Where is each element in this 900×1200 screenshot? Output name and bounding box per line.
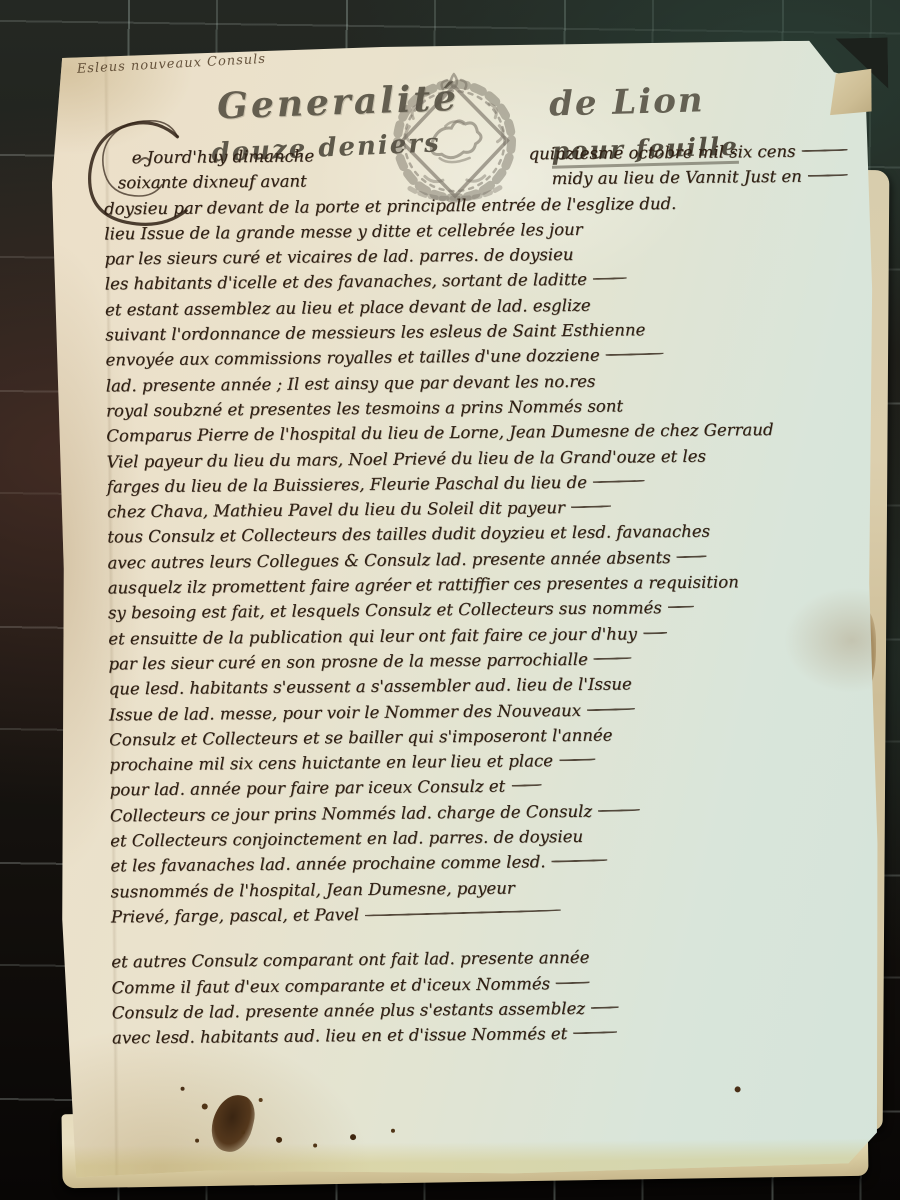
stamp-region-name-right: de Lion [549,80,705,124]
ink-spatter-dots [181,1087,185,1091]
manuscript-page: Esleus nouveaux Consuls Generalité de Li… [51,40,882,1180]
margin-note: Esleus nouveaux Consuls [76,52,266,77]
manuscript-lines: e Jourd'huy dimanchequinziesme octobre m… [104,138,857,1050]
photograph-scene: Esleus nouveaux Consuls Generalité de Li… [0,0,900,1200]
ink-blot-stain [207,1090,259,1156]
